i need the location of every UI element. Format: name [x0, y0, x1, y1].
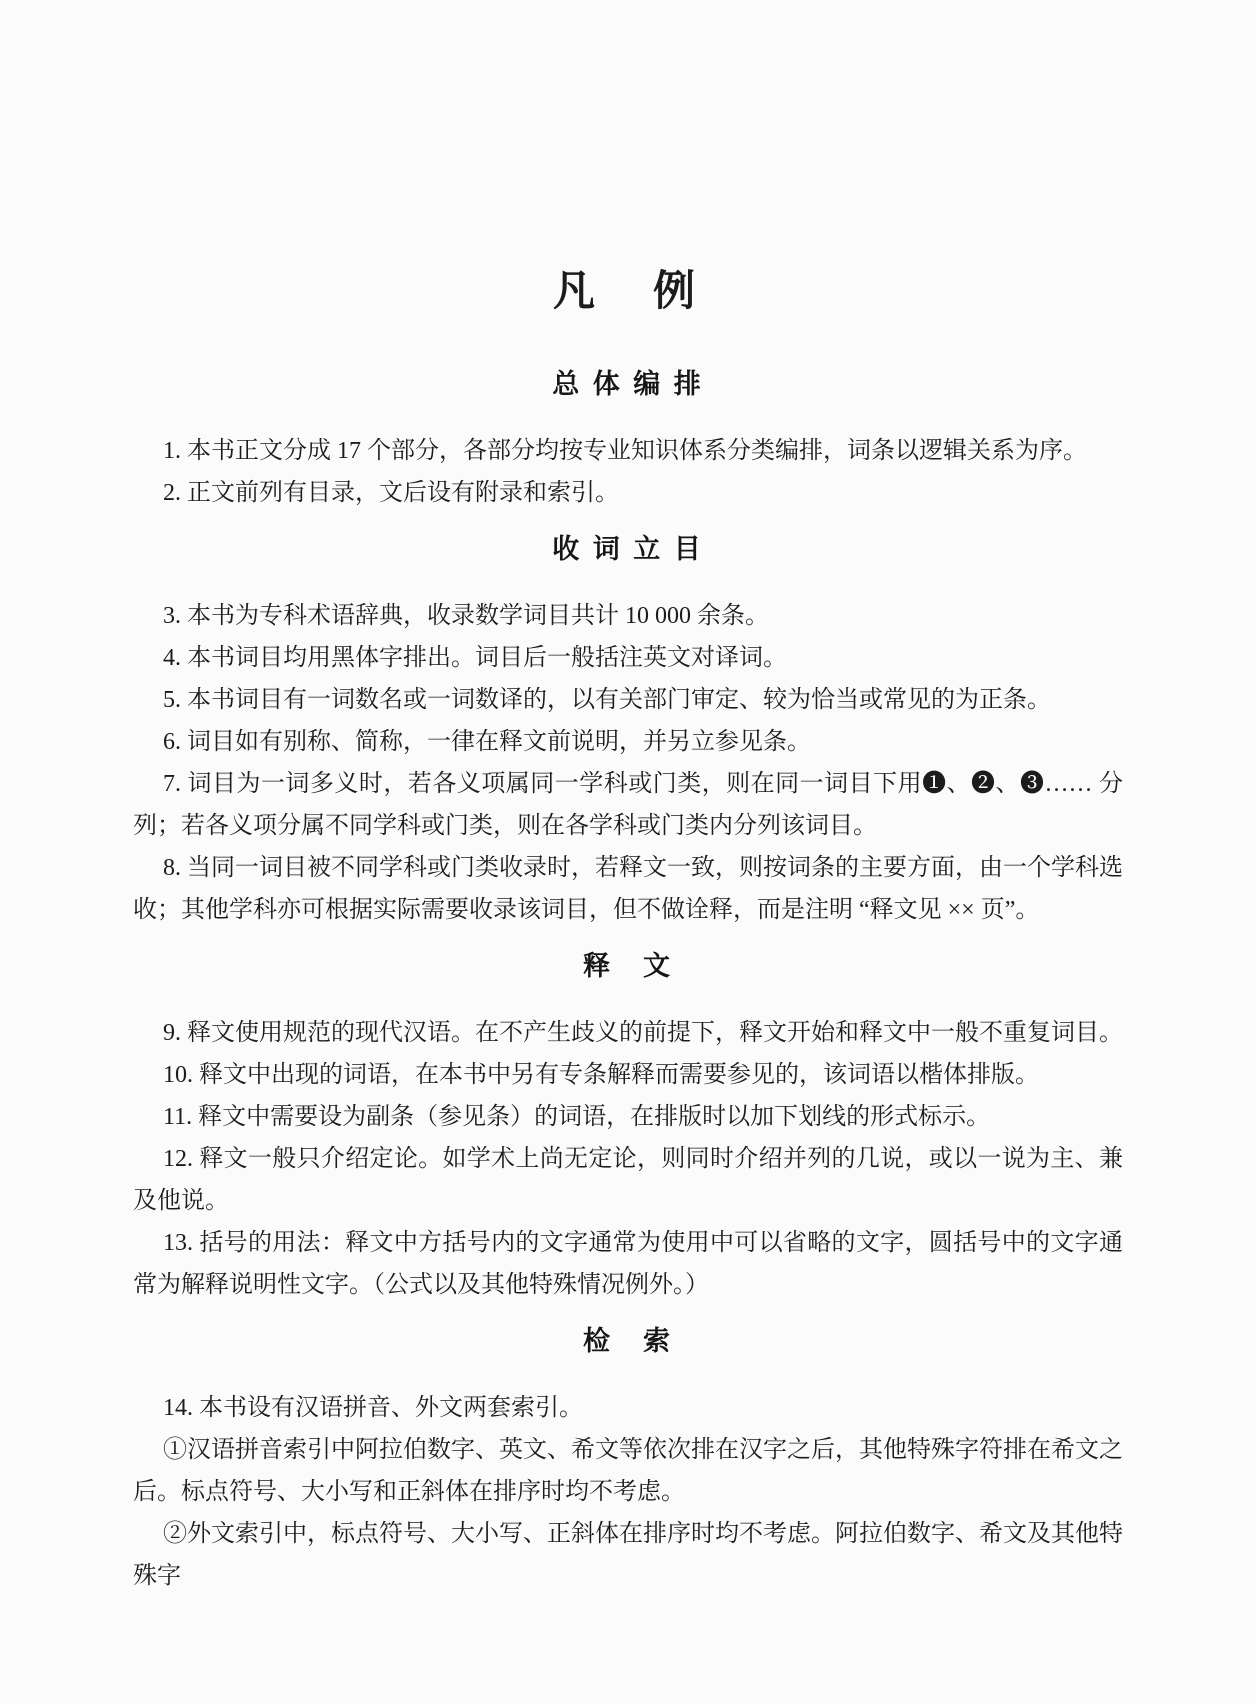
note-item-1: 1. 本书正文分成 17 个部分，各部分均按专业知识体系分类编排，词条以逻辑关系…	[133, 430, 1123, 472]
note-item-14-sub-2: ②外文索引中，标点符号、大小写、正斜体在排序时均不考虑。阿拉伯数字、希文及其他特…	[133, 1513, 1123, 1597]
note-item-6: 6. 词目如有别称、简称，一律在释文前说明，并另立参见条。	[133, 721, 1123, 763]
note-item-3: 3. 本书为专科术语辞典，收录数学词目共计 10 000 余条。	[133, 595, 1123, 637]
note-item-4: 4. 本书词目均用黑体字排出。词目后一般括注英文对译词。	[133, 637, 1123, 679]
document-page: 凡 例 总 体 编 排 1. 本书正文分成 17 个部分，各部分均按专业知识体系…	[0, 0, 1256, 1704]
note-item-14-sub-1: ①汉语拼音索引中阿拉伯数字、英文、希文等依次排在汉字之后，其他特殊字符排在希文之…	[133, 1429, 1123, 1513]
note-item-10: 10. 释文中出现的词语，在本书中另有专条解释而需要参见的，该词语以楷体排版。	[133, 1054, 1123, 1096]
note-item-9: 9. 释文使用规范的现代汉语。在不产生歧义的前提下，释文开始和释文中一般不重复词…	[133, 1012, 1123, 1054]
section-heading-overall-arrangement: 总 体 编 排	[133, 371, 1123, 398]
section-heading-entry-selection: 收 词 立 目	[133, 536, 1123, 563]
note-item-2: 2. 正文前列有目录，文后设有附录和索引。	[133, 472, 1123, 514]
section-heading-indexing: 检 索	[133, 1328, 1123, 1355]
section-overall-arrangement: 总 体 编 排 1. 本书正文分成 17 个部分，各部分均按专业知识体系分类编排…	[133, 371, 1123, 514]
note-item-5: 5. 本书词目有一词数名或一词数译的，以有关部门审定、较为恰当或常见的为正条。	[133, 679, 1123, 721]
page-title: 凡 例	[133, 271, 1123, 313]
note-item-11: 11. 释文中需要设为副条（参见条）的词语，在排版时以加下划线的形式标示。	[133, 1096, 1123, 1138]
note-item-8: 8. 当同一词目被不同学科或门类收录时，若释文一致，则按词条的主要方面，由一个学…	[133, 847, 1123, 931]
section-indexing: 检 索 14. 本书设有汉语拼音、外文两套索引。 ①汉语拼音索引中阿拉伯数字、英…	[133, 1328, 1123, 1597]
note-item-12: 12. 释文一般只介绍定论。如学术上尚无定论，则同时介绍并列的几说，或以一说为主…	[133, 1138, 1123, 1222]
note-item-7: 7. 词目为一词多义时，若各义项属同一学科或门类，则在同一词目下用❶、❷、❸………	[133, 763, 1123, 847]
note-item-13: 13. 括号的用法：释文中方括号内的文字通常为使用中可以省略的文字，圆括号中的文…	[133, 1222, 1123, 1306]
note-item-14: 14. 本书设有汉语拼音、外文两套索引。	[133, 1387, 1123, 1429]
section-definitions: 释 文 9. 释文使用规范的现代汉语。在不产生歧义的前提下，释文开始和释文中一般…	[133, 953, 1123, 1306]
section-heading-definitions: 释 文	[133, 953, 1123, 980]
section-entry-selection: 收 词 立 目 3. 本书为专科术语辞典，收录数学词目共计 10 000 余条。…	[133, 536, 1123, 931]
